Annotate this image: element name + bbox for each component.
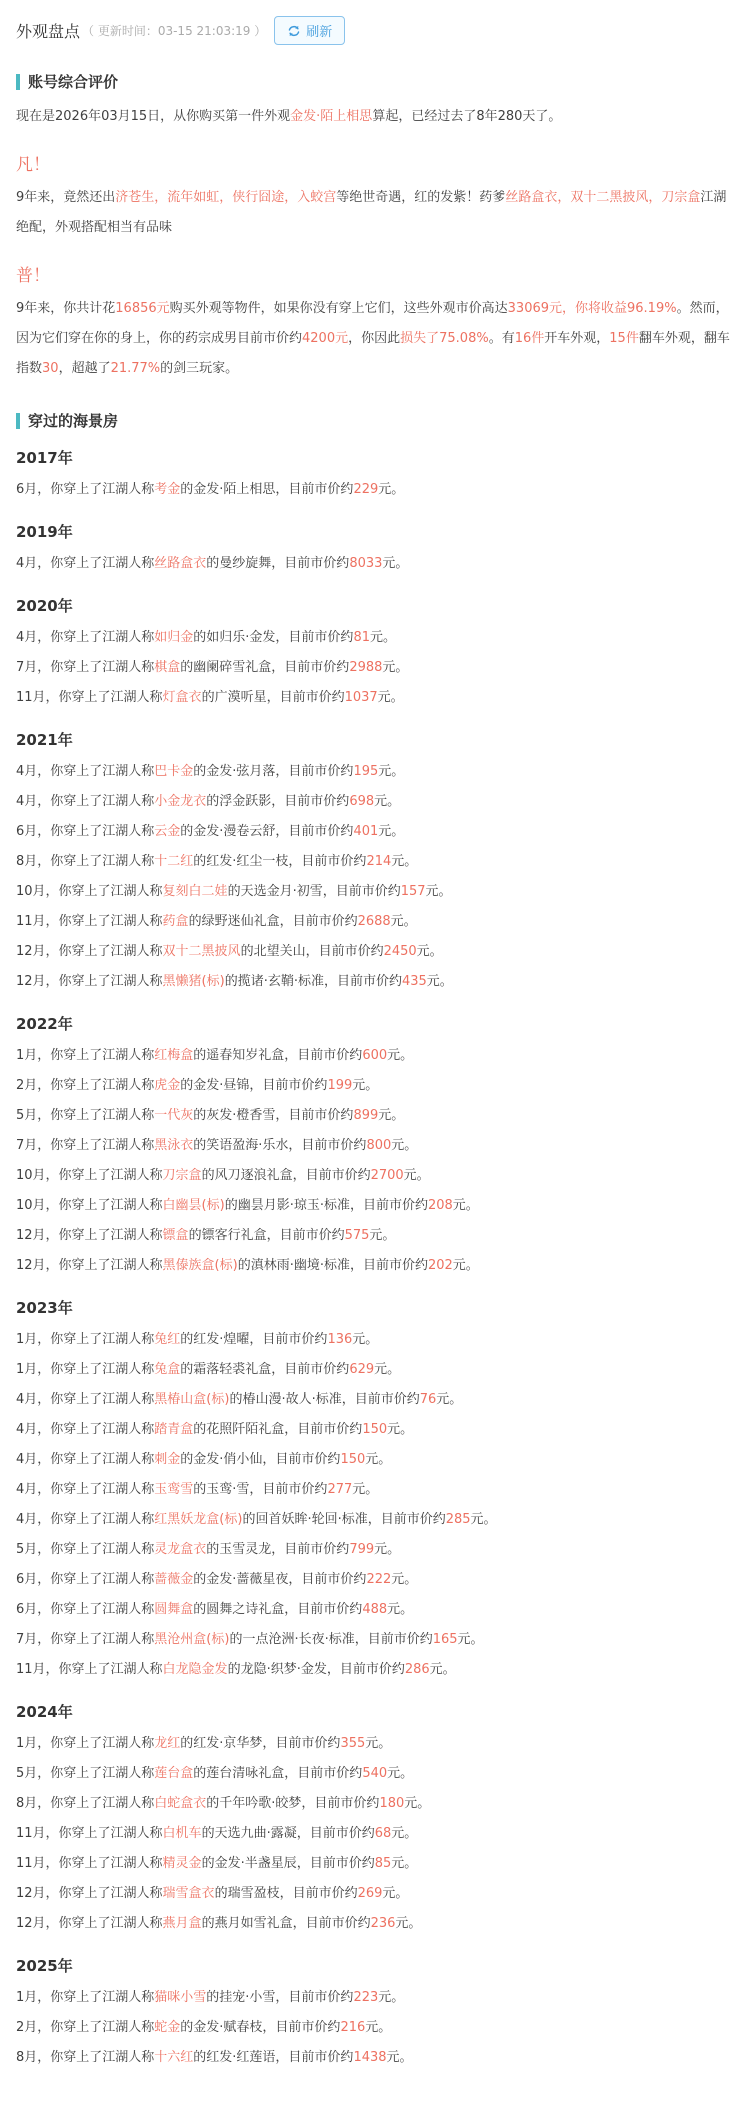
entry-nickname: 刀宗盒 bbox=[163, 1168, 202, 1183]
entry-item: 的北望关山，目前市价约 bbox=[241, 944, 384, 959]
entry-prefix: 7月，你穿上了江湖人称 bbox=[16, 1138, 154, 1153]
plain-text: 。有 bbox=[489, 331, 515, 346]
entry-prefix: 6月，你穿上了江湖人称 bbox=[16, 1602, 154, 1617]
timeline-entry: 11月，你穿上了江湖人称药盒的绿野迷仙礼盒，目前市价约2688元。 bbox=[16, 907, 738, 937]
entry-item: 的红发·煌曜，目前市价约 bbox=[180, 1332, 327, 1347]
grade-fan-paragraph: 9年来，竟然还出济苍生，流年如虹，侠行囧途，入蛟宫等绝世奇遇，红的发紫！药爹丝路… bbox=[16, 183, 738, 243]
entry-item: 的金发·漫卷云舒，目前市价约 bbox=[180, 824, 353, 839]
page-header: 外观盘点 （ 更新时间：03-15 21:03:19 ） 刷新 bbox=[16, 16, 738, 45]
entry-item: 的金发·弦月落，目前市价约 bbox=[193, 764, 353, 779]
entry-nickname: 药盒 bbox=[163, 914, 189, 929]
entry-nickname: 十六红 bbox=[154, 2050, 193, 2065]
entry-nickname: 玉鸾雪 bbox=[154, 1482, 193, 1497]
entry-price: 81 bbox=[353, 630, 370, 645]
timeline-year-heading: 2024年 bbox=[16, 1697, 738, 1727]
refresh-button[interactable]: 刷新 bbox=[274, 16, 345, 45]
entry-prefix: 4月，你穿上了江湖人称 bbox=[16, 1422, 154, 1437]
entry-suffix: 元。 bbox=[365, 1736, 391, 1751]
entry-price: 2450 bbox=[384, 944, 417, 959]
timeline-entry: 4月，你穿上了江湖人称玉鸾雪的玉鸾·雪，目前市价约277元。 bbox=[16, 1475, 738, 1505]
entry-nickname: 一代灰 bbox=[154, 1108, 193, 1123]
entry-price: 2700 bbox=[371, 1168, 404, 1183]
timeline-entry: 4月，你穿上了江湖人称刺金的金发·俏小仙，目前市价约150元。 bbox=[16, 1445, 738, 1475]
timeline-entry: 6月，你穿上了江湖人称圆舞盒的圆舞之诗礼盒，目前市价约488元。 bbox=[16, 1595, 738, 1625]
entry-item: 的广漠听星，目前市价约 bbox=[202, 690, 345, 705]
entry-nickname: 白龙隐金发 bbox=[163, 1662, 228, 1677]
plain-text: 开车外观， bbox=[544, 331, 609, 346]
entry-item: 的绿野迷仙礼盒，目前市价约 bbox=[189, 914, 358, 929]
entry-suffix: 元。 bbox=[458, 1632, 484, 1647]
grade-heading-pu: 普！ bbox=[16, 261, 738, 286]
timeline-entry: 12月，你穿上了江湖人称瑞雪盒衣的瑞雪盈枝，目前市价约269元。 bbox=[16, 1879, 738, 1909]
entry-prefix: 11月，你穿上了江湖人称 bbox=[16, 690, 163, 705]
entry-prefix: 8月，你穿上了江湖人称 bbox=[16, 2050, 154, 2065]
entry-price: 208 bbox=[428, 1198, 453, 1213]
entry-suffix: 元。 bbox=[374, 1362, 400, 1377]
entry-item: 的红发·红尘一枝，目前市价约 bbox=[193, 854, 366, 869]
entry-item: 的金发·蔷薇星夜，目前市价约 bbox=[193, 1572, 366, 1587]
entry-item: 的金发·赋春枝，目前市价约 bbox=[180, 2020, 340, 2035]
entry-suffix: 元。 bbox=[365, 2020, 391, 2035]
timeline-entry: 7月，你穿上了江湖人称黑沧州盒(标)的一点沧洲·长夜·标准，目前市价约165元。 bbox=[16, 1625, 738, 1655]
timeline-entry: 1月，你穿上了江湖人称猫咪小雪的挂宠·小雪，目前市价约223元。 bbox=[16, 1983, 738, 2013]
entry-nickname: 兔红 bbox=[154, 1332, 180, 1347]
entry-prefix: 8月，你穿上了江湖人称 bbox=[16, 854, 154, 869]
entry-price: 488 bbox=[362, 1602, 387, 1617]
entry-item: 的幽阑碎雪礼盒，目前市价约 bbox=[180, 660, 349, 675]
entry-price: 136 bbox=[327, 1332, 352, 1347]
entry-price: 600 bbox=[362, 1048, 387, 1063]
entry-price: 698 bbox=[349, 794, 374, 809]
timeline-entry: 4月，你穿上了江湖人称丝路盒衣的曼纱旋舞，目前市价约8033元。 bbox=[16, 549, 738, 579]
plain-text: 9年来，你共计花 bbox=[16, 301, 115, 316]
entry-nickname: 复刻白二娃 bbox=[163, 884, 228, 899]
entry-item: 的红发·红莲语，目前市价约 bbox=[193, 2050, 353, 2065]
entry-price: 223 bbox=[353, 1990, 378, 2005]
highlight-text: 16856元 bbox=[115, 301, 169, 316]
timeline-entry: 4月，你穿上了江湖人称踏青盒的花照阡陌礼盒，目前市价约150元。 bbox=[16, 1415, 738, 1445]
section-title-text: 账号综合评价 bbox=[28, 71, 118, 92]
entry-prefix: 1月，你穿上了江湖人称 bbox=[16, 1332, 154, 1347]
timeline-entry: 11月，你穿上了江湖人称灯盒衣的广漠听星，目前市价约1037元。 bbox=[16, 683, 738, 713]
entry-nickname: 白机车 bbox=[163, 1826, 202, 1841]
highlight-text: 21.77% bbox=[111, 361, 161, 376]
timeline-entry: 1月，你穿上了江湖人称龙红的红发·京华梦，目前市价约355元。 bbox=[16, 1729, 738, 1759]
entry-prefix: 5月，你穿上了江湖人称 bbox=[16, 1108, 154, 1123]
entry-prefix: 4月，你穿上了江湖人称 bbox=[16, 794, 154, 809]
entry-item: 的曼纱旋舞，目前市价约 bbox=[206, 556, 349, 571]
entry-nickname: 猫咪小雪 bbox=[154, 1990, 206, 2005]
entry-price: 575 bbox=[345, 1228, 370, 1243]
timeline-entry: 4月，你穿上了江湖人称红黑妖龙盒(标)的回首妖眸·轮回·标准，目前市价约285元… bbox=[16, 1505, 738, 1535]
entry-item: 的笑语盈海·乐水，目前市价约 bbox=[193, 1138, 366, 1153]
entry-prefix: 11月，你穿上了江湖人称 bbox=[16, 1662, 163, 1677]
entry-nickname: 虎金 bbox=[154, 1078, 180, 1093]
timeline-entry: 5月，你穿上了江湖人称一代灰的灰发·橙香雪，目前市价约899元。 bbox=[16, 1101, 738, 1131]
timeline-entry: 4月，你穿上了江湖人称黑椿山盒(标)的椿山漫·故人·标准，目前市价约76元。 bbox=[16, 1385, 738, 1415]
intro-paragraph: 现在是2026年03月15日，从你购买第一件外观金发·陌上相思算起，已经过去了8… bbox=[16, 102, 738, 132]
entry-suffix: 元。 bbox=[387, 1048, 413, 1063]
entry-item: 的玉雪灵龙，目前市价约 bbox=[206, 1542, 349, 1557]
entry-nickname: 踏青盒 bbox=[154, 1422, 193, 1437]
plain-text: ，你因此 bbox=[348, 331, 400, 346]
entry-price: 150 bbox=[362, 1422, 387, 1437]
entry-item: 的金发·俏小仙，目前市价约 bbox=[180, 1452, 340, 1467]
entry-item: 的镖客行礼盒，目前市价约 bbox=[189, 1228, 345, 1243]
entry-price: 85 bbox=[375, 1856, 392, 1871]
entry-item: 的龙隐·织梦·金发，目前市价约 bbox=[228, 1662, 405, 1677]
grade-pu-paragraph: 9年来，你共计花16856元购买外观等物件，如果你没有穿上它们，这些外观市价高达… bbox=[16, 294, 738, 384]
timeline-entry: 7月，你穿上了江湖人称棋盒的幽阑碎雪礼盒，目前市价约2988元。 bbox=[16, 653, 738, 683]
entry-price: 286 bbox=[405, 1662, 430, 1677]
entry-price: 202 bbox=[428, 1258, 453, 1273]
highlight-text: 损失了75.08% bbox=[400, 331, 489, 346]
entry-suffix: 元。 bbox=[391, 1826, 417, 1841]
entry-price: 277 bbox=[327, 1482, 352, 1497]
entry-price: 216 bbox=[340, 2020, 365, 2035]
entry-suffix: 元。 bbox=[391, 1856, 417, 1871]
timeline-entry: 5月，你穿上了江湖人称莲台盒的莲台清咏礼盒，目前市价约540元。 bbox=[16, 1759, 738, 1789]
entry-nickname: 黑傣族盒(标) bbox=[163, 1258, 238, 1273]
entry-item: 的燕月如雪礼盒，目前市价约 bbox=[202, 1916, 371, 1931]
section-title-text: 穿过的海景房 bbox=[28, 410, 118, 431]
entry-item: 的千年吟歌·皎梦，目前市价约 bbox=[206, 1796, 379, 1811]
entry-nickname: 蔷薇金 bbox=[154, 1572, 193, 1587]
entry-suffix: 元。 bbox=[427, 974, 453, 989]
entry-price: 2688 bbox=[358, 914, 391, 929]
entry-prefix: 10月，你穿上了江湖人称 bbox=[16, 1168, 163, 1183]
entry-nickname: 黑椿山盒(标) bbox=[154, 1392, 229, 1407]
entry-nickname: 云金 bbox=[154, 824, 180, 839]
timeline-year-heading: 2021年 bbox=[16, 725, 738, 755]
entry-prefix: 12月，你穿上了江湖人称 bbox=[16, 1916, 163, 1931]
entry-price: 285 bbox=[446, 1512, 471, 1527]
entry-item: 的霜落轻裘礼盒，目前市价约 bbox=[180, 1362, 349, 1377]
timeline-entry: 2月，你穿上了江湖人称虎金的金发·昼锦，目前市价约199元。 bbox=[16, 1071, 738, 1101]
refresh-label: 刷新 bbox=[306, 21, 332, 40]
entry-item: 的灰发·橙香雪，目前市价约 bbox=[193, 1108, 353, 1123]
entry-nickname: 丝路盒衣 bbox=[154, 556, 206, 571]
timeline-entry: 4月，你穿上了江湖人称如归金的如归乐·金发，目前市价约81元。 bbox=[16, 623, 738, 653]
timeline-entry: 6月，你穿上了江湖人称云金的金发·漫卷云舒，目前市价约401元。 bbox=[16, 817, 738, 847]
entry-nickname: 红梅盒 bbox=[154, 1048, 193, 1063]
entry-prefix: 4月，你穿上了江湖人称 bbox=[16, 630, 154, 645]
entry-suffix: 元。 bbox=[374, 1542, 400, 1557]
entry-prefix: 6月，你穿上了江湖人称 bbox=[16, 1572, 154, 1587]
entry-price: 899 bbox=[353, 1108, 378, 1123]
entry-price: 150 bbox=[340, 1452, 365, 1467]
plain-text: 算起，已经过去了8年280天了。 bbox=[372, 109, 561, 124]
entry-suffix: 元。 bbox=[417, 944, 443, 959]
entry-prefix: 5月，你穿上了江湖人称 bbox=[16, 1766, 154, 1781]
entry-price: 68 bbox=[375, 1826, 392, 1841]
entry-price: 800 bbox=[366, 1138, 391, 1153]
highlight-text: 金发·陌上相思 bbox=[290, 109, 372, 124]
section-title-evaluation: 账号综合评价 bbox=[16, 71, 738, 92]
entry-prefix: 4月，你穿上了江湖人称 bbox=[16, 1392, 154, 1407]
entry-item: 的莲台清咏礼盒，目前市价约 bbox=[193, 1766, 362, 1781]
entry-prefix: 11月，你穿上了江湖人称 bbox=[16, 1856, 163, 1871]
entry-item: 的浮金跃影，目前市价约 bbox=[206, 794, 349, 809]
plain-text: 现在是2026年03月15日，从你购买第一件外观 bbox=[16, 109, 290, 124]
highlight-text: 33069元，你将收益96.19% bbox=[508, 301, 677, 316]
entry-nickname: 龙红 bbox=[154, 1736, 180, 1751]
entry-item: 的圆舞之诗礼盒，目前市价约 bbox=[193, 1602, 362, 1617]
entry-price: 229 bbox=[353, 482, 378, 497]
appearance-inventory-page: 外观盘点 （ 更新时间：03-15 21:03:19 ） 刷新 账号综合评价 现… bbox=[0, 0, 756, 2103]
entry-suffix: 元。 bbox=[378, 1108, 404, 1123]
grade-heading-fan: 凡！ bbox=[16, 150, 738, 175]
entry-suffix: 元。 bbox=[404, 1796, 430, 1811]
entry-suffix: 元。 bbox=[352, 1482, 378, 1497]
timeline-entry: 10月，你穿上了江湖人称复刻白二娃的天选金月·初雪，目前市价约157元。 bbox=[16, 877, 738, 907]
entry-suffix: 元。 bbox=[391, 914, 417, 929]
entry-suffix: 元。 bbox=[378, 764, 404, 779]
entry-suffix: 元。 bbox=[378, 824, 404, 839]
plain-text: 的剑三玩家。 bbox=[160, 361, 238, 376]
entry-price: 157 bbox=[401, 884, 426, 899]
timeline-entry: 8月，你穿上了江湖人称十六红的红发·红莲语，目前市价约1438元。 bbox=[16, 2043, 738, 2073]
entry-suffix: 元。 bbox=[426, 884, 452, 899]
entry-prefix: 4月，你穿上了江湖人称 bbox=[16, 1512, 154, 1527]
entry-price: 165 bbox=[433, 1632, 458, 1647]
timeline-entry: 4月，你穿上了江湖人称巴卡金的金发·弦月落，目前市价约195元。 bbox=[16, 757, 738, 787]
entry-item: 的遥春知岁礼盒，目前市价约 bbox=[193, 1048, 362, 1063]
entry-nickname: 双十二黑披风 bbox=[163, 944, 241, 959]
entry-nickname: 兔盒 bbox=[154, 1362, 180, 1377]
entry-item: 的挂宠·小雪，目前市价约 bbox=[206, 1990, 353, 2005]
entry-nickname: 精灵金 bbox=[163, 1856, 202, 1871]
timeline-entry: 6月，你穿上了江湖人称蔷薇金的金发·蔷薇星夜，目前市价约222元。 bbox=[16, 1565, 738, 1595]
timeline-entry: 10月，你穿上了江湖人称刀宗盒的风刀逐浪礼盒，目前市价约2700元。 bbox=[16, 1161, 738, 1191]
timeline-entry: 1月，你穿上了江湖人称兔盒的霜落轻裘礼盒，目前市价约629元。 bbox=[16, 1355, 738, 1385]
entry-nickname: 黑沧州盒(标) bbox=[154, 1632, 229, 1647]
entry-item: 的天选九曲·露凝，目前市价约 bbox=[202, 1826, 375, 1841]
entry-prefix: 10月，你穿上了江湖人称 bbox=[16, 884, 163, 899]
entry-prefix: 12月，你穿上了江湖人称 bbox=[16, 1886, 163, 1901]
entry-nickname: 灵龙盒衣 bbox=[154, 1542, 206, 1557]
entry-suffix: 元。 bbox=[352, 1078, 378, 1093]
section-title-timeline: 穿过的海景房 bbox=[16, 410, 738, 431]
entry-price: 2988 bbox=[349, 660, 382, 675]
entry-suffix: 元。 bbox=[378, 1990, 404, 2005]
entry-item: 的玉鸾·雪，目前市价约 bbox=[193, 1482, 327, 1497]
entry-prefix: 2月，你穿上了江湖人称 bbox=[16, 1078, 154, 1093]
entry-price: 401 bbox=[353, 824, 378, 839]
entry-suffix: 元。 bbox=[436, 1392, 462, 1407]
entry-nickname: 瑞雪盒衣 bbox=[163, 1886, 215, 1901]
entry-prefix: 4月，你穿上了江湖人称 bbox=[16, 764, 154, 779]
entry-price: 1438 bbox=[353, 2050, 386, 2065]
entry-price: 540 bbox=[362, 1766, 387, 1781]
entry-price: 199 bbox=[327, 1078, 352, 1093]
entry-price: 629 bbox=[349, 1362, 374, 1377]
timeline-year-heading: 2019年 bbox=[16, 517, 738, 547]
plain-text: 等绝世奇遇，红的发紫！药爹 bbox=[336, 190, 505, 205]
entry-suffix: 元。 bbox=[378, 482, 404, 497]
entry-suffix: 元。 bbox=[382, 660, 408, 675]
entry-nickname: 燕月盒 bbox=[163, 1916, 202, 1931]
entry-item: 的回首妖眸·轮回·标准，目前市价约 bbox=[242, 1512, 445, 1527]
entry-nickname: 蛇金 bbox=[154, 2020, 180, 2035]
entry-nickname: 考金 bbox=[154, 482, 180, 497]
entry-nickname: 十二红 bbox=[154, 854, 193, 869]
entry-price: 435 bbox=[402, 974, 427, 989]
entry-prefix: 6月，你穿上了江湖人称 bbox=[16, 824, 154, 839]
entry-prefix: 4月，你穿上了江湖人称 bbox=[16, 1452, 154, 1467]
entry-nickname: 黑懒猪(标) bbox=[163, 974, 225, 989]
timeline-entry: 5月，你穿上了江湖人称灵龙盒衣的玉雪灵龙，目前市价约799元。 bbox=[16, 1535, 738, 1565]
timeline-entry: 12月，你穿上了江湖人称双十二黑披风的北望关山，目前市价约2450元。 bbox=[16, 937, 738, 967]
timeline-year-heading: 2020年 bbox=[16, 591, 738, 621]
entry-prefix: 10月，你穿上了江湖人称 bbox=[16, 1198, 163, 1213]
entry-suffix: 元。 bbox=[374, 794, 400, 809]
entry-nickname: 圆舞盒 bbox=[154, 1602, 193, 1617]
highlight-text: 16件 bbox=[515, 331, 545, 346]
timeline-entry: 4月，你穿上了江湖人称小金龙衣的浮金跃影，目前市价约698元。 bbox=[16, 787, 738, 817]
entry-suffix: 元。 bbox=[453, 1258, 479, 1273]
entry-suffix: 元。 bbox=[382, 556, 408, 571]
entry-item: 的揽诸·玄鞘·标准，目前市价约 bbox=[225, 974, 402, 989]
entry-suffix: 元。 bbox=[382, 1886, 408, 1901]
plain-text: 9年来，竟然还出 bbox=[16, 190, 115, 205]
entry-suffix: 元。 bbox=[471, 1512, 497, 1527]
entry-nickname: 灯盒衣 bbox=[163, 690, 202, 705]
entry-prefix: 4月，你穿上了江湖人称 bbox=[16, 556, 154, 571]
entry-nickname: 小金龙衣 bbox=[154, 794, 206, 809]
timeline-entry: 6月，你穿上了江湖人称考金的金发·陌上相思，目前市价约229元。 bbox=[16, 475, 738, 505]
entry-item: 的瑞雪盈枝，目前市价约 bbox=[215, 1886, 358, 1901]
entry-prefix: 12月，你穿上了江湖人称 bbox=[16, 974, 163, 989]
entry-prefix: 1月，你穿上了江湖人称 bbox=[16, 1736, 154, 1751]
highlight-text: 15件 bbox=[609, 331, 639, 346]
timeline-entry: 8月，你穿上了江湖人称十二红的红发·红尘一枝，目前市价约214元。 bbox=[16, 847, 738, 877]
entry-item: 的天选金月·初雪，目前市价约 bbox=[228, 884, 401, 899]
entry-suffix: 元。 bbox=[378, 690, 404, 705]
entry-nickname: 红黑妖龙盒(标) bbox=[154, 1512, 242, 1527]
entry-suffix: 元。 bbox=[391, 1572, 417, 1587]
timeline-entry: 2月，你穿上了江湖人称蛇金的金发·赋春枝，目前市价约216元。 bbox=[16, 2013, 738, 2043]
highlight-text: 30 bbox=[42, 361, 59, 376]
refresh-icon bbox=[287, 24, 301, 38]
entry-suffix: 元。 bbox=[430, 1662, 456, 1677]
page-title: 外观盘点 bbox=[16, 19, 80, 42]
timeline-year-heading: 2023年 bbox=[16, 1293, 738, 1323]
section-bar-icon bbox=[16, 74, 20, 90]
entry-prefix: 5月，你穿上了江湖人称 bbox=[16, 1542, 154, 1557]
timeline-entry: 1月，你穿上了江湖人称红梅盒的遥春知岁礼盒，目前市价约600元。 bbox=[16, 1041, 738, 1071]
entry-nickname: 巴卡金 bbox=[154, 764, 193, 779]
timeline-entry: 11月，你穿上了江湖人称白龙隐金发的龙隐·织梦·金发，目前市价约286元。 bbox=[16, 1655, 738, 1685]
entry-prefix: 11月，你穿上了江湖人称 bbox=[16, 1826, 163, 1841]
plain-text: ，超越了 bbox=[59, 361, 111, 376]
entry-price: 1037 bbox=[345, 690, 378, 705]
entry-suffix: 元。 bbox=[391, 1138, 417, 1153]
entry-prefix: 7月，你穿上了江湖人称 bbox=[16, 1632, 154, 1647]
section-bar-icon bbox=[16, 413, 20, 429]
entry-item: 的一点沧洲·长夜·标准，目前市价约 bbox=[229, 1632, 432, 1647]
timeline-entry: 10月，你穿上了江湖人称白幽昙(标)的幽昙月影·琼玉·标准，目前市价约208元。 bbox=[16, 1191, 738, 1221]
timeline-entry: 1月，你穿上了江湖人称兔红的红发·煌曜，目前市价约136元。 bbox=[16, 1325, 738, 1355]
entry-price: 195 bbox=[353, 764, 378, 779]
timeline-year-heading: 2017年 bbox=[16, 443, 738, 473]
highlight-text: 济苍生，流年如虹，侠行囧途，入蛟宫 bbox=[115, 190, 336, 205]
entry-nickname: 莲台盒 bbox=[154, 1766, 193, 1781]
entry-item: 的金发·半盏星辰，目前市价约 bbox=[202, 1856, 375, 1871]
entry-suffix: 元。 bbox=[404, 1168, 430, 1183]
entry-suffix: 元。 bbox=[370, 630, 396, 645]
entry-price: 180 bbox=[379, 1796, 404, 1811]
entry-suffix: 元。 bbox=[387, 2050, 413, 2065]
entry-item: 的金发·昼锦，目前市价约 bbox=[180, 1078, 327, 1093]
entry-suffix: 元。 bbox=[365, 1452, 391, 1467]
entry-suffix: 元。 bbox=[395, 1916, 421, 1931]
entry-price: 222 bbox=[366, 1572, 391, 1587]
entry-prefix: 1月，你穿上了江湖人称 bbox=[16, 1990, 154, 2005]
entry-nickname: 镖盒 bbox=[163, 1228, 189, 1243]
entry-price: 8033 bbox=[349, 556, 382, 571]
entry-prefix: 1月，你穿上了江湖人称 bbox=[16, 1048, 154, 1063]
entry-nickname: 如归金 bbox=[154, 630, 193, 645]
entry-item: 的幽昙月影·琼玉·标准，目前市价约 bbox=[225, 1198, 428, 1213]
update-time: （ 更新时间：03-15 21:03:19 ） bbox=[82, 22, 266, 39]
entry-nickname: 刺金 bbox=[154, 1452, 180, 1467]
entry-nickname: 白幽昙(标) bbox=[163, 1198, 225, 1213]
entry-suffix: 元。 bbox=[453, 1198, 479, 1213]
timeline-entry: 8月，你穿上了江湖人称白蛇盒衣的千年吟歌·皎梦，目前市价约180元。 bbox=[16, 1789, 738, 1819]
entry-item: 的风刀逐浪礼盒，目前市价约 bbox=[202, 1168, 371, 1183]
entry-suffix: 元。 bbox=[391, 854, 417, 869]
entry-suffix: 元。 bbox=[387, 1766, 413, 1781]
entry-price: 355 bbox=[340, 1736, 365, 1751]
entry-prefix: 4月，你穿上了江湖人称 bbox=[16, 1482, 154, 1497]
entry-price: 236 bbox=[371, 1916, 396, 1931]
entry-prefix: 12月，你穿上了江湖人称 bbox=[16, 1258, 163, 1273]
entry-prefix: 12月，你穿上了江湖人称 bbox=[16, 1228, 163, 1243]
plain-text: 购买外观等物件，如果你没有穿上它们，这些外观市价高达 bbox=[170, 301, 508, 316]
entry-prefix: 1月，你穿上了江湖人称 bbox=[16, 1362, 154, 1377]
timeline-year-heading: 2025年 bbox=[16, 1951, 738, 1981]
entry-suffix: 元。 bbox=[387, 1422, 413, 1437]
timeline-year-heading: 2022年 bbox=[16, 1009, 738, 1039]
timeline-entry: 11月，你穿上了江湖人称白机车的天选九曲·露凝，目前市价约68元。 bbox=[16, 1819, 738, 1849]
entry-price: 214 bbox=[366, 854, 391, 869]
entry-item: 的红发·京华梦，目前市价约 bbox=[180, 1736, 340, 1751]
entry-item: 的金发·陌上相思，目前市价约 bbox=[180, 482, 353, 497]
entry-suffix: 元。 bbox=[369, 1228, 395, 1243]
entry-price: 269 bbox=[358, 1886, 383, 1901]
highlight-text: 4200元 bbox=[302, 331, 348, 346]
entry-prefix: 12月，你穿上了江湖人称 bbox=[16, 944, 163, 959]
entry-prefix: 6月，你穿上了江湖人称 bbox=[16, 482, 154, 497]
entry-item: 的如归乐·金发，目前市价约 bbox=[193, 630, 353, 645]
timeline-entry: 12月，你穿上了江湖人称镖盒的镖客行礼盒，目前市价约575元。 bbox=[16, 1221, 738, 1251]
entry-nickname: 黑泳衣 bbox=[154, 1138, 193, 1153]
entry-price: 799 bbox=[349, 1542, 374, 1557]
entry-item: 的椿山漫·故人·标准，目前市价约 bbox=[229, 1392, 419, 1407]
entry-suffix: 元。 bbox=[352, 1332, 378, 1347]
entry-prefix: 7月，你穿上了江湖人称 bbox=[16, 660, 154, 675]
timeline-entry: 11月，你穿上了江湖人称精灵金的金发·半盏星辰，目前市价约85元。 bbox=[16, 1849, 738, 1879]
entry-nickname: 白蛇盒衣 bbox=[154, 1796, 206, 1811]
timeline-entry: 12月，你穿上了江湖人称黑傣族盒(标)的滇林雨·幽境·标准，目前市价约202元。 bbox=[16, 1251, 738, 1281]
timeline-entry: 12月，你穿上了江湖人称燕月盒的燕月如雪礼盒，目前市价约236元。 bbox=[16, 1909, 738, 1939]
entry-nickname: 棋盒 bbox=[154, 660, 180, 675]
timeline-entry: 7月，你穿上了江湖人称黑泳衣的笑语盈海·乐水，目前市价约800元。 bbox=[16, 1131, 738, 1161]
entry-suffix: 元。 bbox=[387, 1602, 413, 1617]
timeline-entry: 12月，你穿上了江湖人称黑懒猪(标)的揽诸·玄鞘·标准，目前市价约435元。 bbox=[16, 967, 738, 997]
entry-price: 76 bbox=[420, 1392, 437, 1407]
